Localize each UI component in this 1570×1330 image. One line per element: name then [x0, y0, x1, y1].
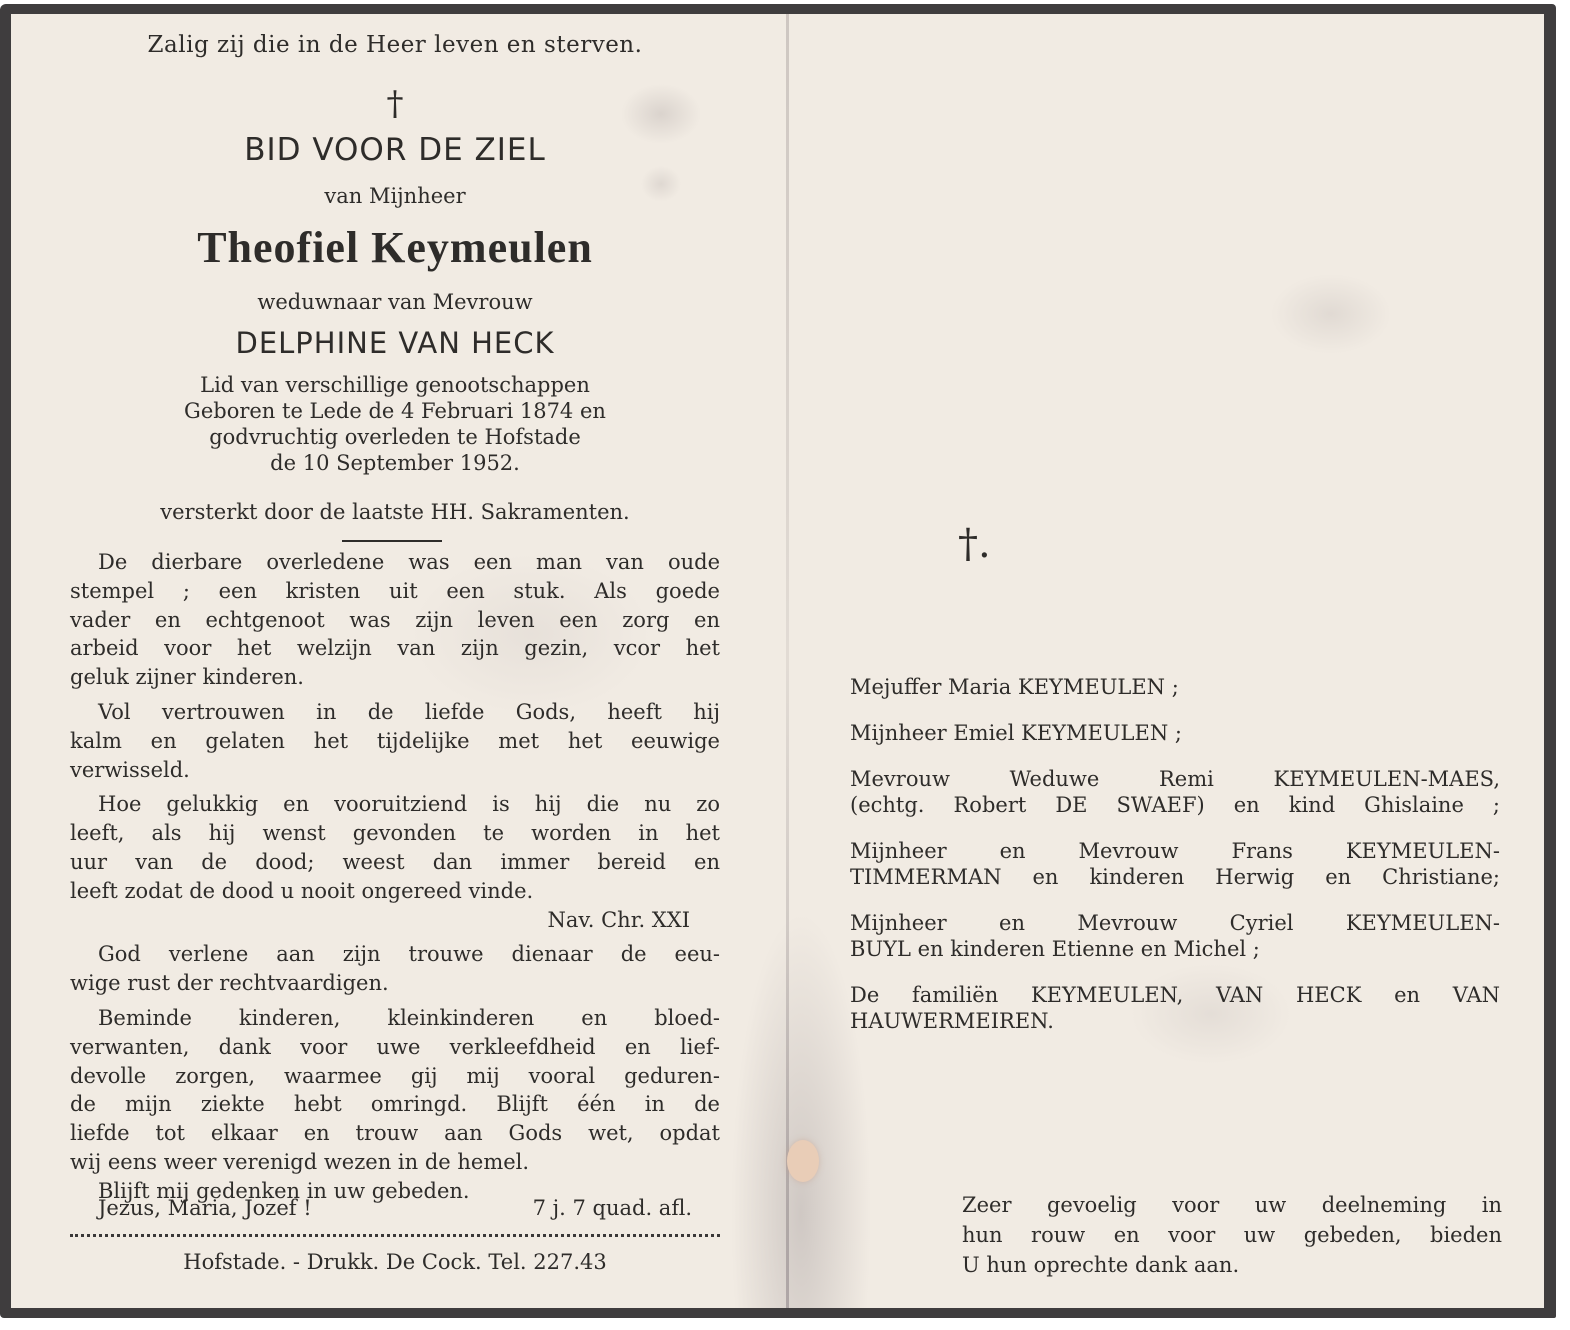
text-line: wij eens weer verenigd wezen in de hemel… — [70, 1148, 720, 1177]
text-line: de mijn ziekte hebt omringd. Blijft één … — [70, 1090, 720, 1119]
family-entry: Mijnheer en Mevrouw Frans KEYMEULEN- TIM… — [850, 838, 1500, 890]
family-entry: Mijnheer en Mevrouw Cyriel KEYMEULEN- BU… — [850, 910, 1500, 962]
text-line: devolle zorgen, waarmee gij mij vooral g… — [70, 1062, 720, 1091]
paragraph: Hoe gelukkig en vooruitziend is hij die … — [70, 790, 720, 934]
text-line: verwisseld. — [70, 756, 720, 785]
text-line: Beminde kinderen, kleinkinderen en bloed… — [70, 1004, 720, 1033]
text-line: Mijnheer en Mevrouw Frans KEYMEULEN- — [850, 838, 1500, 864]
text-line: liefde tot elkaar en trouw aan Gods wet,… — [70, 1119, 720, 1148]
text-line: De dierbare overledene was een man van o… — [70, 548, 720, 577]
memorial-card-border: Zalig zij die in de Heer leven en sterve… — [0, 4, 1556, 1318]
citation: Nav. Chr. XXI — [70, 906, 720, 935]
text-line: HAUWERMEIREN. — [850, 1008, 1500, 1034]
info-line: Lid van verschillige genootschappen — [70, 372, 720, 398]
paragraph: Beminde kinderen, kleinkinderen en bloed… — [70, 1004, 720, 1206]
text-line: wige rust der rechtvaardigen. — [70, 969, 720, 998]
indulgence-note: 7 j. 7 quad. afl. — [533, 1196, 692, 1220]
motto: Zalig zij die in de Heer leven en sterve… — [70, 32, 720, 58]
text-line: hun rouw en voor uw gebeden, bieden — [962, 1220, 1502, 1250]
text-line: Mevrouw Weduwe Remi KEYMEULEN-MAES, — [850, 766, 1500, 792]
text-line: verwanten, dank voor uwe verkleefdheid e… — [70, 1033, 720, 1062]
text-line: arbeid voor het welzijn van zijn gezin, … — [70, 634, 720, 663]
title-prefix: van Mijnheer — [70, 184, 720, 208]
sacraments-line: versterkt door de laatste HH. Sakramente… — [70, 500, 720, 524]
text-line: (echtg. Robert DE SWAEF) en kind Ghislai… — [850, 792, 1500, 818]
text-line: Mijnheer Emiel KEYMEULEN ; — [850, 720, 1500, 746]
text-line: Mijnheer en Mevrouw Cyriel KEYMEULEN- — [850, 910, 1500, 936]
fold-line — [786, 14, 789, 1308]
printer-info: Hofstade. - Drukk. De Cock. Tel. 227.43 — [70, 1250, 720, 1274]
family-entry: De familiën KEYMEULEN, VAN HECK en VAN H… — [850, 982, 1500, 1034]
text-line: geluk zijner kinderen. — [70, 663, 720, 692]
divider — [342, 540, 442, 542]
spouse-name: DELPHINE VAN HECK — [70, 326, 720, 360]
wax-seal-mark — [787, 1140, 819, 1182]
text-line: leeft zodat de dood u nooit ongereed vin… — [70, 877, 720, 906]
text-line: BUYL en kinderen Etienne en Michel ; — [850, 936, 1500, 962]
dotted-divider — [70, 1234, 720, 1237]
text-line: Vol vertrouwen in de liefde Gods, heeft … — [70, 698, 720, 727]
text-line: Hoe gelukkig en vooruitziend is hij die … — [70, 790, 720, 819]
text-line: TIMMERMAN en kinderen Herwig en Christia… — [850, 864, 1500, 890]
text-line: stempel ; een kristen uit een stuk. Als … — [70, 577, 720, 606]
family-entry: Mijnheer Emiel KEYMEULEN ; — [850, 720, 1500, 746]
text-line: uur van de dood; weest dan immer bereid … — [70, 848, 720, 877]
paragraph: Vol vertrouwen in de liefde Gods, heeft … — [70, 698, 720, 784]
biographical-info: Lid van verschillige genootschappen Gebo… — [70, 372, 720, 476]
family-list: Mejuffer Maria KEYMEULEN ; Mijnheer Emie… — [850, 674, 1500, 1054]
text-line: Zeer gevoelig voor uw deelneming in — [962, 1190, 1502, 1220]
invocation: Jezus, Maria, Jozef ! — [98, 1196, 312, 1220]
info-line: godvruchtig overleden te Hofstade — [70, 424, 720, 450]
text-line: leeft, als hij wenst gevonden te worden … — [70, 819, 720, 848]
text-line: kalm en gelaten het tijdelijke met het e… — [70, 727, 720, 756]
family-entry: Mejuffer Maria KEYMEULEN ; — [850, 674, 1500, 700]
heading: BID VOOR DE ZIEL — [70, 132, 720, 168]
paragraph: God verlene aan zijn trouwe dienaar de e… — [70, 940, 720, 998]
info-line: de 10 September 1952. — [70, 450, 720, 476]
widower-line: weduwnaar van Mevrouw — [70, 290, 720, 314]
thanks-note: Zeer gevoelig voor uw deelneming in hun … — [962, 1190, 1502, 1280]
text-line: vader en echtgenoot was zijn leven een z… — [70, 606, 720, 635]
closing-row: Jezus, Maria, Jozef ! 7 j. 7 quad. afl. — [70, 1196, 720, 1220]
text-line: Mejuffer Maria KEYMEULEN ; — [850, 674, 1500, 700]
text-line: U hun oprechte dank aan. — [962, 1250, 1502, 1280]
memorial-text: De dierbare overledene was een man van o… — [70, 548, 720, 1212]
text-line: God verlene aan zijn trouwe dienaar de e… — [70, 940, 720, 969]
cross-icon: †. — [958, 519, 991, 569]
cross-icon: † — [70, 84, 720, 124]
text-line: De familiën KEYMEULEN, VAN HECK en VAN — [850, 982, 1500, 1008]
info-line: Geboren te Lede de 4 Februari 1874 en — [70, 398, 720, 424]
family-entry: Mevrouw Weduwe Remi KEYMEULEN-MAES, (ech… — [850, 766, 1500, 818]
deceased-name: Theofiel Keymeulen — [70, 222, 720, 273]
paragraph: De dierbare overledene was een man van o… — [70, 548, 720, 692]
